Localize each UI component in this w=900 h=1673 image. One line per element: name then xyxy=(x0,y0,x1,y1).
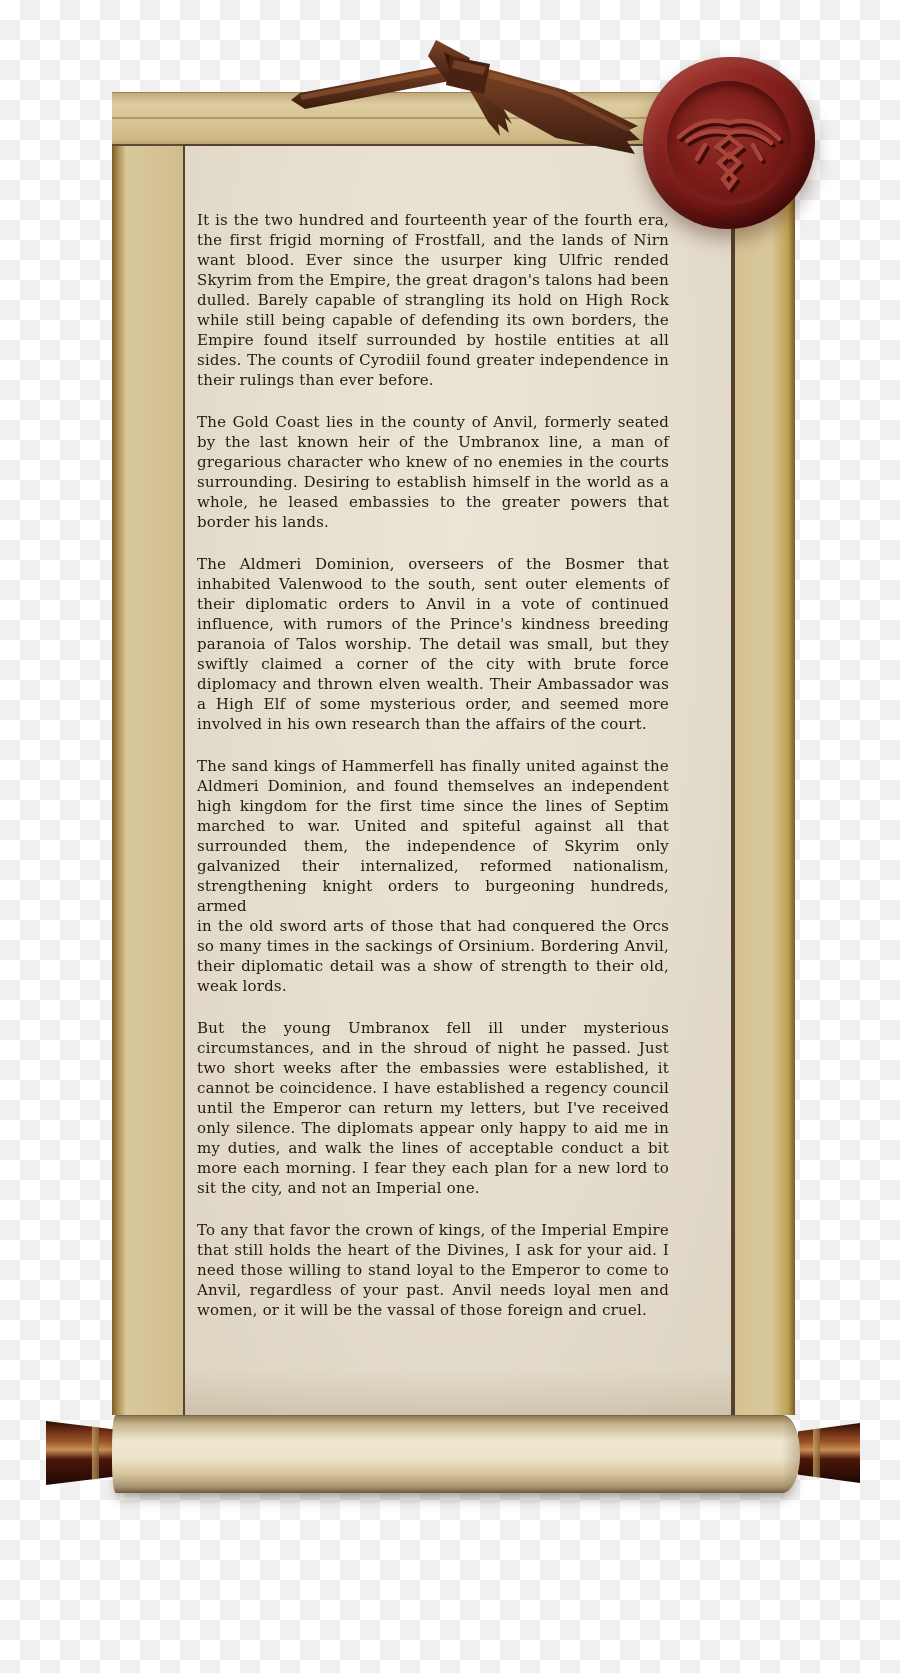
wax-seal-face xyxy=(667,81,791,205)
right-handle-knob xyxy=(798,1423,860,1483)
letter-paragraph: The sand kings of Hammerfell has finally… xyxy=(197,756,669,996)
letter-line: surrounded them, the independence of Sky… xyxy=(197,836,669,856)
letter-line: Skyrim from the Empire, the great dragon… xyxy=(197,270,669,290)
letter-paragraph: But the young Umbranox fell ill under my… xyxy=(197,1018,669,1198)
letter-line: women, or it will be the vassal of those… xyxy=(197,1300,669,1320)
letter-line: need those willing to stand loyal to the… xyxy=(197,1260,669,1280)
letter-line: by the last known heir of the Umbranox l… xyxy=(197,432,669,452)
seal-emblem xyxy=(667,81,791,205)
letter-line: while still being capable of defending i… xyxy=(197,310,669,330)
letter-line: that still holds the heart of the Divine… xyxy=(197,1240,669,1260)
wax-seal xyxy=(643,57,815,229)
letter-line: involved in his own research than the af… xyxy=(197,714,669,734)
letter-line: gregarious character who knew of no enem… xyxy=(197,452,669,472)
letter-line: To any that favor the crown of kings, of… xyxy=(197,1220,669,1240)
letter-paragraph: The Aldmeri Dominion, overseers of the B… xyxy=(197,554,669,734)
letter-line: until the Emperor can return my letters,… xyxy=(197,1098,669,1118)
ribbon-knot xyxy=(446,56,490,94)
letter-line: dulled. Barely capable of strangling its… xyxy=(197,290,669,310)
letter-line: Aldmeri Dominion, and found themselves a… xyxy=(197,776,669,796)
letter-line: border his lands. xyxy=(197,512,669,532)
letter-line: sides. The counts of Cyrodiil found grea… xyxy=(197,350,669,370)
letter-paragraph: To any that favor the crown of kings, of… xyxy=(197,1220,669,1320)
letter-line: The sand kings of Hammerfell has finally… xyxy=(197,756,669,776)
letter-line: circumstances, and in the shroud of nigh… xyxy=(197,1038,669,1058)
letter-line: their diplomatic detail was a show of st… xyxy=(197,956,669,976)
scroll-bottom-roll xyxy=(112,1415,800,1493)
letter-line: diplomacy and thrown elven wealth. Their… xyxy=(197,674,669,694)
letter-line: galvanized their internalized, reformed … xyxy=(197,856,669,876)
parchment-page: It is the two hundred and fourteenth yea… xyxy=(183,144,733,1415)
letter-line: inhabited Valenwood to the south, sent o… xyxy=(197,574,669,594)
letter-text: It is the two hundred and fourteenth yea… xyxy=(197,210,669,1320)
letter-line: paranoia of Talos worship. The detail wa… xyxy=(197,634,669,654)
letter-line: so many times in the sackings of Orsiniu… xyxy=(197,936,669,956)
letter-line: Anvil, regardless of your past. Anvil ne… xyxy=(197,1280,669,1300)
letter-line: But the young Umbranox fell ill under my… xyxy=(197,1018,669,1038)
letter-line: cannot be coincidence. I have establishe… xyxy=(197,1078,669,1098)
letter-line: high kingdom for the first time since th… xyxy=(197,796,669,816)
letter-line: whole, he leased embassies to the greate… xyxy=(197,492,669,512)
transparent-canvas: It is the two hundred and fourteenth yea… xyxy=(0,0,900,1673)
letter-line: my duties, and walk the lines of accepta… xyxy=(197,1138,669,1158)
letter-paragraph: The Gold Coast lies in the county of Anv… xyxy=(197,412,669,532)
letter-line: The Gold Coast lies in the county of Anv… xyxy=(197,412,669,432)
handle-ring xyxy=(813,1428,820,1478)
letter-line: surrounding. Desiring to establish himse… xyxy=(197,472,669,492)
letter-line: their rulings than ever before. xyxy=(197,370,669,390)
letter-line: only silence. The diplomats appear only … xyxy=(197,1118,669,1138)
letter-line: weak lords. xyxy=(197,976,669,996)
scroll-left-edge xyxy=(112,146,183,1415)
letter-line: more each morning. I fear they each plan… xyxy=(197,1158,669,1178)
letter-line: two short weeks after the embassies were… xyxy=(197,1058,669,1078)
scroll-right-edge xyxy=(733,146,795,1415)
letter-line: in the old sword arts of those that had … xyxy=(197,916,669,936)
letter-line: marched to war. United and spiteful agai… xyxy=(197,816,669,836)
letter-line: sit the city, and not an Imperial one. xyxy=(197,1178,669,1198)
letter-line: their diplomatic orders to Anvil in a vo… xyxy=(197,594,669,614)
letter-line: Empire found itself surrounded by hostil… xyxy=(197,330,669,350)
handle-ring xyxy=(92,1426,99,1480)
letter-line: a High Elf of some mysterious order, and… xyxy=(197,694,669,714)
letter-line: influence, with rumors of the Prince's k… xyxy=(197,614,669,634)
left-handle-knob xyxy=(46,1421,114,1485)
letter-line: strengthening knight orders to burgeonin… xyxy=(197,876,669,916)
letter-line: swiftly claimed a corner of the city wit… xyxy=(197,654,669,674)
letter-line: The Aldmeri Dominion, overseers of the B… xyxy=(197,554,669,574)
